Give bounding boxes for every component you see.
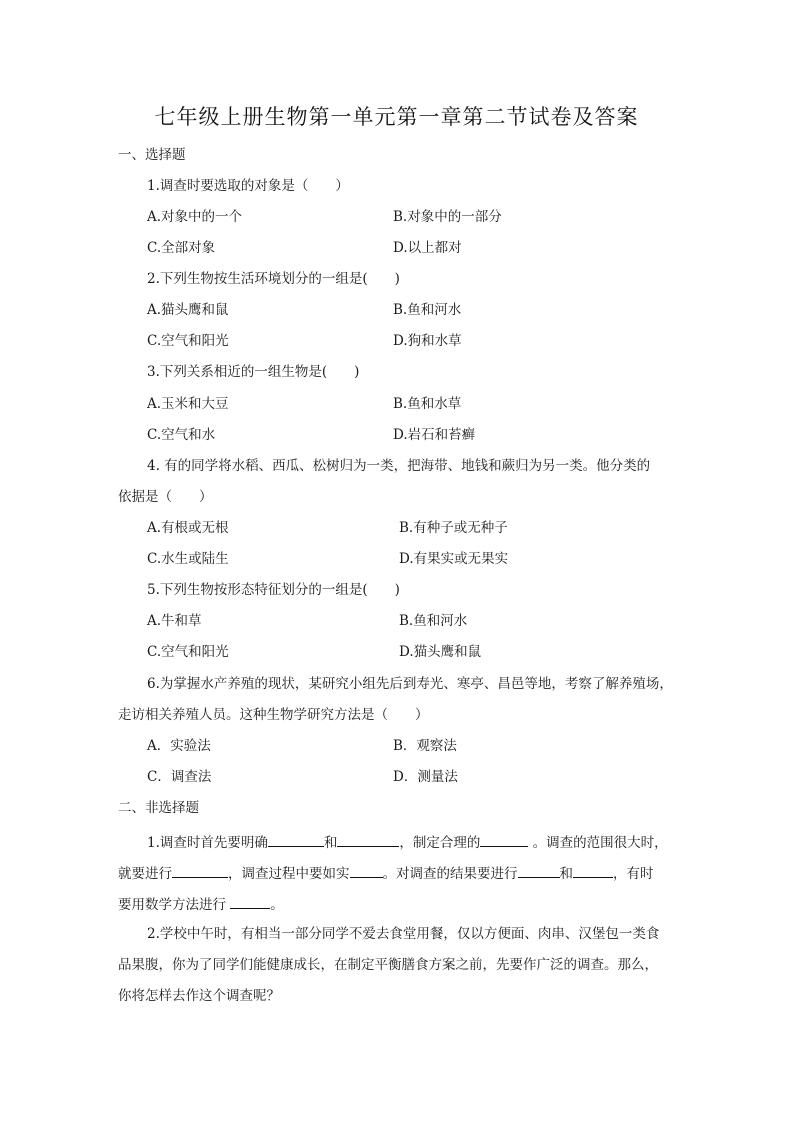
answer-blank[interactable] [230,894,270,909]
question-1-option-d: D.以上都对 [393,239,462,257]
question-4-option-d: D.有果实或无果实 [399,550,508,568]
fill-question-1-line3: 要用数学方法进行 。 [118,894,284,914]
fill-question-2-line1: 2.学校中午时，有相当一部分同学不爱去食堂用餐，仅以方便面、肉串、汉堡包一类食 [147,925,659,943]
question-5-option-a: A.牛和草 [147,612,202,630]
question-3-option-c: C.空气和水 [147,426,215,444]
answer-blank[interactable] [350,863,383,878]
question-3-option-d: D.岩石和苔癣 [393,426,475,444]
question-1-option-b: B.对象中的一部分 [393,208,502,226]
question-2-stem: 2.下列生物按生活环境划分的一组是( ) [147,270,400,288]
text-segment: 就要进行 [118,866,172,882]
question-4-option-a: A.有根或无根 [147,519,229,537]
question-6-stem-line2: 走访相关养殖人员。这种生物学研究方法是（ ） [118,706,429,724]
question-5-option-c: C.空气和阳光 [147,643,229,661]
text-segment: 。 [270,897,284,913]
answer-blank[interactable] [480,832,528,847]
question-6-option-a: A．实验法 [147,737,211,755]
text-segment: 1.调查时首先要明确 [147,835,268,851]
question-5-option-b: B.鱼和河水 [399,612,467,630]
answer-blank[interactable] [573,863,613,878]
answer-blank[interactable] [518,863,560,878]
fill-question-2-line2: 品果腹，你为了同学们能健康成长，在制定平衡膳食方案之前，先要作广泛的调查。那么， [118,956,658,974]
question-6-option-c: C．调查法 [147,768,211,786]
fill-question-1-line2: 就要进行，调查过程中要如实。对调查的结果要进行和，有时 [118,863,654,883]
question-4-stem-line1: 4. 有的同学将水稻、西瓜、松树归为一类，把海带、地钱和蕨归为另一类。他分类的 [147,457,650,475]
text-segment: 和 [560,866,574,882]
text-segment: 。调查的范围很大时， [528,835,667,851]
question-3-option-a: A.玉米和大豆 [147,395,229,413]
question-4-option-b: B.有种子或无种子 [399,519,508,537]
question-1-option-a: A.对象中的一个 [147,208,242,226]
question-6-option-d: D．测量法 [393,768,458,786]
answer-blank[interactable] [268,832,324,847]
section-heading-choice: 一、选择题 [118,146,186,164]
document-title: 七年级上册生物第一单元第一章第二节试卷及答案 [0,101,793,131]
question-6-stem-line1: 6.为掌握水产养殖的现状，某研究小组先后到寿光、寒亭、昌邑等地，考察了解养殖场， [147,675,673,693]
question-2-option-c: C.空气和阳光 [147,332,229,350]
fill-question-2-line3: 你将怎样去作这个调查呢？ [118,987,280,1005]
question-3-option-b: B.鱼和水草 [393,395,461,413]
question-2-option-b: B.鱼和河水 [393,301,461,319]
question-6-option-b: B．观察法 [393,737,457,755]
fill-question-1-line1: 1.调查时首先要明确和，制定合理的 。调查的范围很大时， [147,832,668,852]
answer-blank[interactable] [172,863,228,878]
question-4-stem-line2: 依据是（ ） [118,488,213,506]
question-5-stem: 5.下列生物按形态特征划分的一组是( ) [147,581,400,599]
text-segment: ，调查过程中要如实 [228,866,350,882]
question-2-option-a: A.猫头鹰和鼠 [147,301,229,319]
text-segment: ，有时 [613,866,654,882]
question-4-option-c: C.水生或陆生 [147,550,229,568]
document-page: 七年级上册生物第一单元第一章第二节试卷及答案 一、选择题 1.调查时要选取的对象… [0,0,793,1122]
text-segment: 要用数学方法进行 [118,897,230,913]
text-segment: ，制定合理的 [399,835,480,851]
question-3-stem: 3.下列关系相近的一组生物是( ) [147,363,359,381]
question-2-option-d: D.狗和水草 [393,332,462,350]
text-segment: 和 [324,835,338,851]
question-1-stem: 1.调查时要选取的对象是（ ） [147,177,349,195]
text-segment: 。对调查的结果要进行 [383,866,518,882]
question-5-option-d: D.猫头鹰和鼠 [399,643,481,661]
answer-blank[interactable] [337,832,399,847]
section-heading-non-choice: 二、非选择题 [118,799,199,817]
question-1-option-c: C.全部对象 [147,239,215,257]
